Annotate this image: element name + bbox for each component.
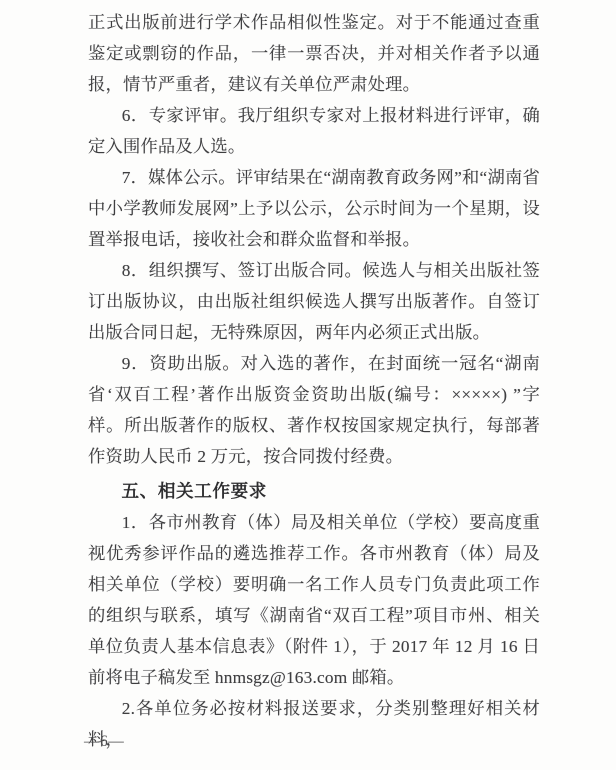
document-page: 正式出版前进行学术作品相似性鉴定。对于不能通过查重鉴定或剽窃的作品，一律一票否决…: [0, 0, 616, 770]
paragraph-requirement-2-material-submission: 2.各单位务必按材料报送要求，分类别整理好相关材料，: [88, 693, 540, 755]
section-heading-related-work-requirements: 五、相关工作要求: [88, 476, 540, 507]
paragraph-requirement-1-organization-contact: 1．各市州教育（体）局及相关单位（学校）要高度重视优秀参评作品的遴选推荐工作。各…: [88, 507, 540, 693]
paragraph-item-8-publishing-contract: 8．组织撰写、签订出版合同。候选人与相关出版社签订出版协议，由出版社组织候选人撰…: [88, 255, 540, 348]
paragraph-continuation-similarity-check: 正式出版前进行学术作品相似性鉴定。对于不能通过查重鉴定或剽窃的作品，一律一票否决…: [88, 7, 540, 100]
paragraph-item-9-funded-publication: 9．资助出版。对入选的著作，在封面统一冠名“湖南省‘双百工程’著作出版资金资助出…: [88, 348, 540, 472]
page-number: —6—: [84, 733, 124, 751]
paragraph-item-7-media-publicity: 7．媒体公示。评审结果在“湖南教育政务网”和“湖南省中小学教师发展网”上予以公示…: [88, 162, 540, 255]
paragraph-item-6-expert-review: 6．专家评审。我厅组织专家对上报材料进行评审，确定入围作品及人选。: [88, 100, 540, 162]
